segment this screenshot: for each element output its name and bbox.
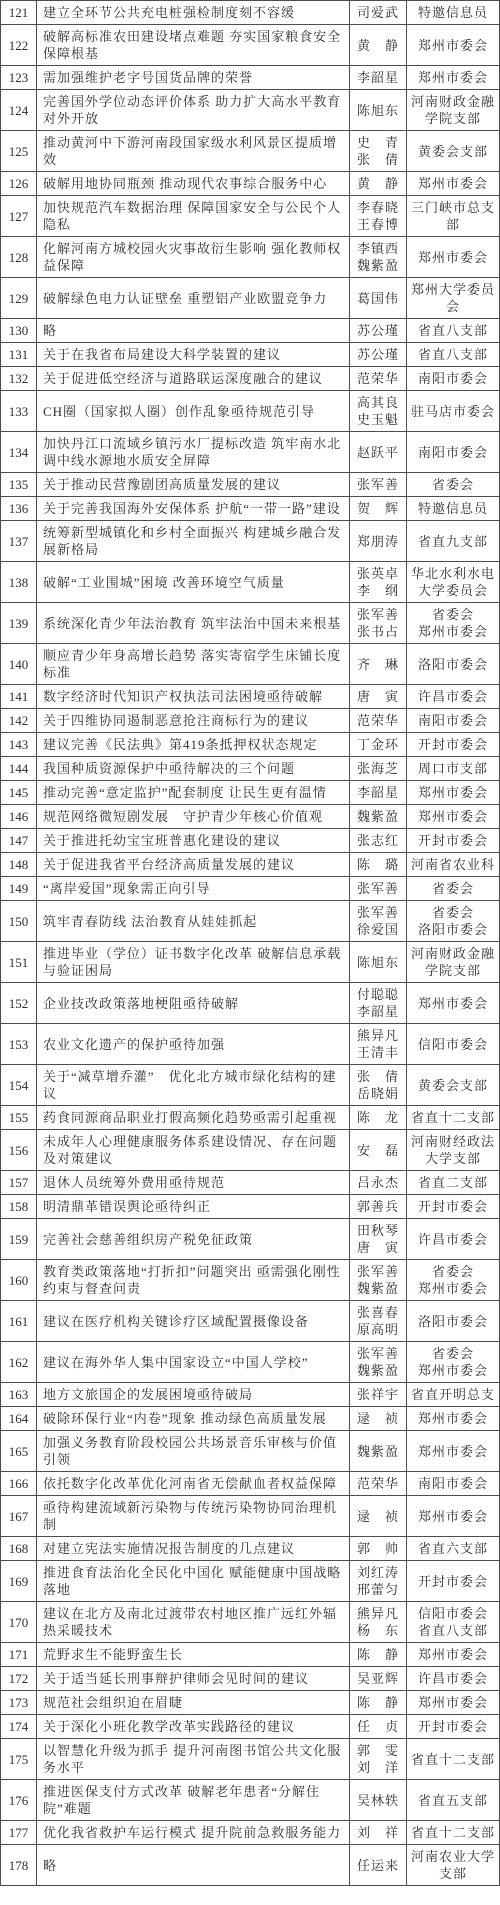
organization: 省直开明总支 [407, 1383, 500, 1407]
proposer-name: 魏紫盈 [350, 805, 407, 829]
row-number: 166 [1, 1472, 37, 1496]
table-row: 177 优化我省救护车运行模式 提升院前急救服务能力 刘 祥 省直十二支部 [1, 1821, 500, 1845]
table-row: 126 破解用地协同瓶颈 推动现代农事综合服务中心 黄 静 郑州市委会 [1, 172, 500, 196]
proposer-name: 陈旭东 [350, 942, 407, 983]
table-row: 163 地方文旅国企的发展困境亟待破局 张祥宇 省直开明总支 [1, 1383, 500, 1407]
table-row: 176 推进医保支付方式改革 破解老年患者“分解住院”难题 吴林轶 省直五支部 [1, 1780, 500, 1821]
organization: 开封市委会 [407, 733, 500, 757]
row-number: 167 [1, 1496, 37, 1537]
organization: 周口市支部 [407, 757, 500, 781]
row-number: 151 [1, 942, 37, 983]
organization: 特邀信息员 [407, 497, 500, 521]
table-row: 121 建立全环节公共充电桩强检制度刻不容缓 司爱武 特邀信息员 [1, 1, 500, 25]
proposal-table: 121 建立全环节公共充电桩强检制度刻不容缓 司爱武 特邀信息员 122 破解高… [0, 0, 500, 1886]
table-row: 140 顺应青少年身高增长趋势 落实寄宿学生床铺长度标准 齐 琳 洛阳市委会 [1, 644, 500, 685]
row-number: 149 [1, 877, 37, 901]
organization: 省直十二支部 [407, 1821, 500, 1845]
proposal-title: 地方文旅国企的发展困境亟待破局 [37, 1383, 350, 1407]
row-number: 161 [1, 1301, 37, 1342]
proposer-name: 张英卓 李 纲 [350, 562, 407, 603]
table-row: 129 破解绿色电力认证壁垒 重塑铝产业欧盟竞争力 葛国伟 郑州大学委员会 [1, 278, 500, 319]
organization: 信阳市委会 [407, 1024, 500, 1065]
proposal-title: 关于四维协同遏制恶意抢注商标行为的建议 [37, 709, 350, 733]
proposer-name: 李韶星 [350, 66, 407, 90]
organization: 洛阳市委会 [407, 1301, 500, 1342]
proposer-name: 张军善 张书占 [350, 603, 407, 644]
organization: 郑州市委会 [407, 25, 500, 66]
proposal-title: 加快规范汽车数据治理 保障国家安全与公民个人隐私 [37, 196, 350, 237]
proposal-title: 推进食育法治化全民化中国化 赋能健康中国战略落地 [37, 1561, 350, 1602]
row-number: 152 [1, 983, 37, 1024]
proposal-title: 推进毕业（学位）证书数字化改革 破解信息承载与验证困局 [37, 942, 350, 983]
organization: 省直十二支部 [407, 1739, 500, 1780]
row-number: 142 [1, 709, 37, 733]
proposal-title: 建议在医疗机构关键诊疗区域配置摄像设备 [37, 1301, 350, 1342]
table-row: 162 建议在海外华人集中国家设立“中国人学校” 张军善 魏紫盈 省委会 郑州市… [1, 1342, 500, 1383]
proposal-title: 以智慧化升级为抓手 提升河南图书馆公共文化服务水平 [37, 1739, 350, 1780]
row-number: 124 [1, 90, 37, 131]
proposer-name: 张喜春 原高明 [350, 1301, 407, 1342]
row-number: 144 [1, 757, 37, 781]
row-number: 133 [1, 391, 37, 432]
organization: 省委会 郑州市委会 [407, 1342, 500, 1383]
table-row: 135 关于推动民营豫剧团高质量发展的建议 张军善 省委会 [1, 473, 500, 497]
organization: 省委会 [407, 473, 500, 497]
proposal-title: 需加强维护老字号国货品牌的荣誉 [37, 66, 350, 90]
row-number: 157 [1, 1171, 37, 1195]
row-number: 155 [1, 1106, 37, 1130]
row-number: 178 [1, 1845, 37, 1886]
row-number: 154 [1, 1065, 37, 1106]
proposal-title: 破解高标准农田建设堵点难题 夯实国家粮食安全保障根基 [37, 25, 350, 66]
table-row: 168 对建立宪法实施情况报告制度的几点建议 郭 帅 省直六支部 [1, 1537, 500, 1561]
proposal-title: 关于促进我省平台经济高质量发展的建议 [37, 853, 350, 877]
proposal-title: CH圈（国家拟人圈）创作乱象亟待规范引导 [37, 391, 350, 432]
row-number: 159 [1, 1219, 37, 1260]
proposal-title: 规范社会组织迫在眉睫 [37, 1691, 350, 1715]
row-number: 168 [1, 1537, 37, 1561]
organization: 河南农业大学支部 [407, 1845, 500, 1886]
proposal-title: 破解用地协同瓶颈 推动现代农事综合服务中心 [37, 172, 350, 196]
row-number: 153 [1, 1024, 37, 1065]
proposal-title: 农业文化遗产的保护亟待加强 [37, 1024, 350, 1065]
organization: 郑州大学委员会 [407, 278, 500, 319]
proposal-title: 略 [37, 1845, 350, 1886]
proposal-title: 破解绿色电力认证壁垒 重塑铝产业欧盟竞争力 [37, 278, 350, 319]
proposer-name: 熊异凡 杨 东 [350, 1602, 407, 1643]
proposal-title: “离岸爱国”现象需正向引导 [37, 877, 350, 901]
proposal-title: 企业技改政策落地梗阻亟待破解 [37, 983, 350, 1024]
organization: 南阳市委会 [407, 709, 500, 733]
proposal-title: 推动黄河中下游河南段国家级水利风景区提质增效 [37, 131, 350, 172]
proposal-title: 关于推进托幼宝宝班普惠化建设的建议 [37, 829, 350, 853]
row-number: 130 [1, 319, 37, 343]
row-number: 174 [1, 1715, 37, 1739]
organization: 省直六支部 [407, 1537, 500, 1561]
table-row: 144 我国种质资源保护中亟待解决的三个问题 张海芝 周口市支部 [1, 757, 500, 781]
proposer-name: 张军善 [350, 877, 407, 901]
table-row: 138 破解“工业围城”困境 改善环境空气质量 张英卓 李 纲 华北水利水电大学… [1, 562, 500, 603]
proposer-name: 逯 祯 [350, 1407, 407, 1431]
proposal-title: 统筹新型城镇化和乡村全面振兴 构建城乡融合发展新格局 [37, 521, 350, 562]
row-number: 127 [1, 196, 37, 237]
proposer-name: 李韶星 [350, 781, 407, 805]
proposer-name: 苏公瑾 [350, 343, 407, 367]
proposer-name: 张军善 魏紫盈 [350, 1342, 407, 1383]
table-row: 165 加强义务教育阶段校园公共场景音乐审核与价值引领 魏紫盈 郑州市委会 [1, 1431, 500, 1472]
proposer-name: 陈 龙 [350, 1106, 407, 1130]
row-number: 172 [1, 1667, 37, 1691]
organization: 省委会 郑州市委会 [407, 1260, 500, 1301]
proposer-name: 张志红 [350, 829, 407, 853]
row-number: 137 [1, 521, 37, 562]
row-number: 147 [1, 829, 37, 853]
table-row: 155 药食同源商品职业打假高频化趋势亟需引起重视 陈 龙 省直十二支部 [1, 1106, 500, 1130]
proposer-name: 史 青 张 倩 [350, 131, 407, 172]
organization: 南阳市委会 [407, 1472, 500, 1496]
organization: 省直八支部 [407, 319, 500, 343]
proposer-name: 安 磊 [350, 1130, 407, 1171]
table-row: 125 推动黄河中下游河南段国家级水利风景区提质增效 史 青 张 倩 黄委会支部 [1, 131, 500, 172]
proposal-title: 关于促进低空经济与道路联运深度融合的建议 [37, 367, 350, 391]
row-number: 162 [1, 1342, 37, 1383]
row-number: 136 [1, 497, 37, 521]
organization: 省委会 洛阳市委会 [407, 901, 500, 942]
table-row: 173 规范社会组织迫在眉睫 陈 静 郑州市委会 [1, 1691, 500, 1715]
organization: 河南省农业科 [407, 853, 500, 877]
organization: 开封市委会 [407, 1715, 500, 1739]
organization: 许昌市委会 [407, 685, 500, 709]
proposal-title: 加快丹江口流域乡镇污水厂提标改造 筑牢南水北调中线水源地水质安全屏障 [37, 432, 350, 473]
proposer-name: 郭 雯 刘 洋 [350, 1739, 407, 1780]
proposer-name: 陈旭东 [350, 90, 407, 131]
table-row: 131 关于在我省布局建设大科学装置的建议 苏公瑾 省直八支部 [1, 343, 500, 367]
organization: 特邀信息员 [407, 1, 500, 25]
proposer-name: 范荣华 [350, 709, 407, 733]
organization: 信阳市委会 省直八支部 [407, 1602, 500, 1643]
table-row: 157 退休人员统筹外费用亟待规范 吕永杰 省直二支部 [1, 1171, 500, 1195]
row-number: 164 [1, 1407, 37, 1431]
proposer-name: 刘 祥 [350, 1821, 407, 1845]
proposer-name: 司爱武 [350, 1, 407, 25]
row-number: 171 [1, 1643, 37, 1667]
table-row: 130 略 苏公瑾 省直八支部 [1, 319, 500, 343]
organization: 郑州市委会 [407, 66, 500, 90]
row-number: 177 [1, 1821, 37, 1845]
proposal-title: 关于“减草增乔灌” 优化北方城市绿化结构的建议 [37, 1065, 350, 1106]
proposer-name: 黄 静 [350, 25, 407, 66]
proposal-title: 完善社会慈善组织房产税免征政策 [37, 1219, 350, 1260]
row-number: 132 [1, 367, 37, 391]
organization: 郑州市委会 [407, 1407, 500, 1431]
proposer-name: 郭 帅 [350, 1537, 407, 1561]
proposer-name: 葛国伟 [350, 278, 407, 319]
row-number: 141 [1, 685, 37, 709]
organization: 郑州市委会 [407, 237, 500, 278]
table-row: 128 化解河南方城校园火灾事故衍生影响 强化教师权益保障 李镇西 魏紫盈 郑州… [1, 237, 500, 278]
table-row: 154 关于“减草增乔灌” 优化北方城市绿化结构的建议 张 倩 岳晓娟 黄委会支… [1, 1065, 500, 1106]
proposer-name: 郭善兵 [350, 1195, 407, 1219]
table-row: 148 关于促进我省平台经济高质量发展的建议 陈 璐 河南省农业科 [1, 853, 500, 877]
organization: 华北水利水电大学委员会 [407, 562, 500, 603]
proposal-title: 依托数字化改革优化河南省无偿献血者权益保障 [37, 1472, 350, 1496]
proposer-name: 田秋琴 唐 寅 [350, 1219, 407, 1260]
organization: 郑州市委会 [407, 1643, 500, 1667]
proposer-name: 吕永杰 [350, 1171, 407, 1195]
proposal-title: 建立全环节公共充电桩强检制度刻不容缓 [37, 1, 350, 25]
proposal-title: 未成年人心理健康服务体系建设情况、存在问题及对策建议 [37, 1130, 350, 1171]
row-number: 160 [1, 1260, 37, 1301]
proposer-name: 李镇西 魏紫盈 [350, 237, 407, 278]
organization: 河南财政金融学院支部 [407, 942, 500, 983]
proposer-name: 魏紫盈 [350, 1431, 407, 1472]
organization: 驻马店市委会 [407, 391, 500, 432]
proposal-title: 数字经济时代知识产权执法司法困境亟待破解 [37, 685, 350, 709]
table-row: 139 系统深化青少年法治教育 筑牢法治中国未来根基 张军善 张书占 省委会 郑… [1, 603, 500, 644]
table-row: 161 建议在医疗机构关键诊疗区域配置摄像设备 张喜春 原高明 洛阳市委会 [1, 1301, 500, 1342]
table-row: 153 农业文化遗产的保护亟待加强 熊异凡 王清丰 信阳市委会 [1, 1024, 500, 1065]
table-row: 124 完善国外学位动态评价体系 助力扩大高水平教育对外开放 陈旭东 河南财政金… [1, 90, 500, 131]
organization: 开封市委会 [407, 1195, 500, 1219]
table-row: 141 数字经济时代知识产权执法司法困境亟待破解 唐 寅 许昌市委会 [1, 685, 500, 709]
table-row: 133 CH圈（国家拟人圈）创作乱象亟待规范引导 高其良 史玉魁 驻马店市委会 [1, 391, 500, 432]
organization: 许昌市委会 [407, 1667, 500, 1691]
proposer-name: 张祥宇 [350, 1383, 407, 1407]
organization: 开封市委会 [407, 1561, 500, 1602]
table-row: 127 加快规范汽车数据治理 保障国家安全与公民个人隐私 李春晓 王春博 三门峡… [1, 196, 500, 237]
row-number: 143 [1, 733, 37, 757]
proposal-title: 关于推动民营豫剧团高质量发展的建议 [37, 473, 350, 497]
proposer-name: 唐 寅 [350, 685, 407, 709]
proposal-title: 退休人员统筹外费用亟待规范 [37, 1171, 350, 1195]
row-number: 128 [1, 237, 37, 278]
proposer-name: 齐 琳 [350, 644, 407, 685]
proposer-name: 逯 祯 [350, 1496, 407, 1537]
table-row: 123 需加强维护老字号国货品牌的荣誉 李韶星 郑州市委会 [1, 66, 500, 90]
proposal-title: 略 [37, 319, 350, 343]
proposer-name: 李春晓 王春博 [350, 196, 407, 237]
table-row: 147 关于推进托幼宝宝班普惠化建设的建议 张志红 开封市委会 [1, 829, 500, 853]
table-row: 137 统筹新型城镇化和乡村全面振兴 构建城乡融合发展新格局 郑朋涛 省直九支部 [1, 521, 500, 562]
row-number: 134 [1, 432, 37, 473]
row-number: 158 [1, 1195, 37, 1219]
row-number: 122 [1, 25, 37, 66]
proposer-name: 任 贞 [350, 1715, 407, 1739]
proposal-title: 对建立宪法实施情况报告制度的几点建议 [37, 1537, 350, 1561]
row-number: 138 [1, 562, 37, 603]
organization: 省直九支部 [407, 521, 500, 562]
proposal-title: 筑牢青春防线 法治教育从娃娃抓起 [37, 901, 350, 942]
proposer-name: 陈 静 [350, 1643, 407, 1667]
table-row: 175 以智慧化升级为抓手 提升河南图书馆公共文化服务水平 郭 雯 刘 洋 省直… [1, 1739, 500, 1780]
organization: 郑州市委会 [407, 1431, 500, 1472]
proposer-name: 范荣华 [350, 1472, 407, 1496]
row-number: 126 [1, 172, 37, 196]
row-number: 125 [1, 131, 37, 172]
row-number: 148 [1, 853, 37, 877]
table-row: 149 “离岸爱国”现象需正向引导 张军善 省委会 [1, 877, 500, 901]
organization: 许昌市委会 [407, 1219, 500, 1260]
proposer-name: 张海芝 [350, 757, 407, 781]
organization: 南阳市委会 [407, 367, 500, 391]
table-row: 134 加快丹江口流域乡镇污水厂提标改造 筑牢南水北调中线水源地水质安全屏障 赵… [1, 432, 500, 473]
organization: 郑州市委会 [407, 805, 500, 829]
row-number: 156 [1, 1130, 37, 1171]
proposer-name: 刘红涛 邢蕾匀 [350, 1561, 407, 1602]
table-row: 132 关于促进低空经济与道路联运深度融合的建议 范荣华 南阳市委会 [1, 367, 500, 391]
proposal-title: 推进医保支付方式改革 破解老年患者“分解住院”难题 [37, 1780, 350, 1821]
organization: 省委会 郑州市委会 [407, 603, 500, 644]
proposal-title: 关于在我省布局建设大科学装置的建议 [37, 343, 350, 367]
row-number: 169 [1, 1561, 37, 1602]
table-row: 178 略 任运来 河南农业大学支部 [1, 1845, 500, 1886]
row-number: 131 [1, 343, 37, 367]
proposal-title: 关于适当延长刑事辩护律师会见时间的建议 [37, 1667, 350, 1691]
table-row: 169 推进食育法治化全民化中国化 赋能健康中国战略落地 刘红涛 邢蕾匀 开封市… [1, 1561, 500, 1602]
table-row: 150 筑牢青春防线 法治教育从娃娃抓起 张军善 徐爱国 省委会 洛阳市委会 [1, 901, 500, 942]
proposal-title: 优化我省救护车运行模式 提升院前急救服务能力 [37, 1821, 350, 1845]
proposal-table-body: 121 建立全环节公共充电桩强检制度刻不容缓 司爱武 特邀信息员 122 破解高… [1, 1, 500, 1886]
table-row: 146 规范网络微短剧发展 守护青少年核心价值观 魏紫盈 郑州市委会 [1, 805, 500, 829]
table-row: 122 破解高标准农田建设堵点难题 夯实国家粮食安全保障根基 黄 静 郑州市委会 [1, 25, 500, 66]
proposer-name: 范荣华 [350, 367, 407, 391]
organization: 省直二支部 [407, 1171, 500, 1195]
proposer-name: 郑朋涛 [350, 521, 407, 562]
proposal-title: 顺应青少年身高增长趋势 落实寄宿学生床铺长度标准 [37, 644, 350, 685]
organization: 黄委会支部 [407, 131, 500, 172]
table-row: 152 企业技改政策落地梗阻亟待破解 付聪聪 李韶星 郑州市委会 [1, 983, 500, 1024]
organization: 郑州市委会 [407, 1691, 500, 1715]
proposal-title: 破除环保行业“内卷”现象 推动绿色高质量发展 [37, 1407, 350, 1431]
proposal-title: 亟待构建流域新污染物与传统污染物协同治理机制 [37, 1496, 350, 1537]
organization: 开封市委会 [407, 829, 500, 853]
organization: 省直十二支部 [407, 1106, 500, 1130]
proposal-title: 完善国外学位动态评价体系 助力扩大高水平教育对外开放 [37, 90, 350, 131]
table-row: 136 关于完善我国海外安保体系 护航“一带一路”建设 贺 辉 特邀信息员 [1, 497, 500, 521]
proposal-title: 关于完善我国海外安保体系 护航“一带一路”建设 [37, 497, 350, 521]
proposer-name: 张军善 徐爱国 [350, 901, 407, 942]
proposer-name: 吴亚辉 [350, 1667, 407, 1691]
table-row: 145 推动完善“意定监护”配套制度 让民生更有温情 李韶星 郑州市委会 [1, 781, 500, 805]
organization: 郑州市委会 [407, 983, 500, 1024]
row-number: 175 [1, 1739, 37, 1780]
row-number: 150 [1, 901, 37, 942]
row-number: 145 [1, 781, 37, 805]
proposer-name: 熊异凡 王清丰 [350, 1024, 407, 1065]
table-row: 159 完善社会慈善组织房产税免征政策 田秋琴 唐 寅 许昌市委会 [1, 1219, 500, 1260]
proposal-title: 关于深化小班化教学改革实践路径的建议 [37, 1715, 350, 1739]
organization: 省委会 [407, 877, 500, 901]
proposer-name: 丁金环 [350, 733, 407, 757]
proposal-title: 规范网络微短剧发展 守护青少年核心价值观 [37, 805, 350, 829]
proposer-name: 陈 璐 [350, 853, 407, 877]
organization: 郑州市委会 [407, 1496, 500, 1537]
proposer-name: 任运来 [350, 1845, 407, 1886]
row-number: 139 [1, 603, 37, 644]
proposal-title: 建议完善《民法典》第419条抵押权状态规定 [37, 733, 350, 757]
table-row: 174 关于深化小班化教学改革实践路径的建议 任 贞 开封市委会 [1, 1715, 500, 1739]
row-number: 163 [1, 1383, 37, 1407]
proposer-name: 张军善 魏紫盈 [350, 1260, 407, 1301]
row-number: 176 [1, 1780, 37, 1821]
table-row: 171 荒野求生不能野蛮生长 陈 静 郑州市委会 [1, 1643, 500, 1667]
table-row: 170 建议在北方及南北过渡带农村地区推广远红外辐热采暖技术 熊异凡 杨 东 信… [1, 1602, 500, 1643]
organization: 南阳市委会 [407, 432, 500, 473]
row-number: 129 [1, 278, 37, 319]
table-row: 164 破除环保行业“内卷”现象 推动绿色高质量发展 逯 祯 郑州市委会 [1, 1407, 500, 1431]
proposer-name: 苏公瑾 [350, 319, 407, 343]
organization: 省直八支部 [407, 343, 500, 367]
proposer-name: 贺 辉 [350, 497, 407, 521]
proposer-name: 高其良 史玉魁 [350, 391, 407, 432]
table-row: 156 未成年人心理健康服务体系建设情况、存在问题及对策建议 安 磊 河南财经政… [1, 1130, 500, 1171]
organization: 郑州市委会 [407, 172, 500, 196]
table-row: 160 教育类政策落地“打折扣”问题突出 亟需强化刚性约束与督查问责 张军善 魏… [1, 1260, 500, 1301]
table-row: 167 亟待构建流域新污染物与传统污染物协同治理机制 逯 祯 郑州市委会 [1, 1496, 500, 1537]
proposal-title: 破解“工业围城”困境 改善环境空气质量 [37, 562, 350, 603]
proposer-name: 张军善 [350, 473, 407, 497]
row-number: 123 [1, 66, 37, 90]
organization: 洛阳市委会 [407, 644, 500, 685]
proposal-title: 推动完善“意定监护”配套制度 让民生更有温情 [37, 781, 350, 805]
row-number: 146 [1, 805, 37, 829]
proposal-title: 我国种质资源保护中亟待解决的三个问题 [37, 757, 350, 781]
proposal-title: 药食同源商品职业打假高频化趋势亟需引起重视 [37, 1106, 350, 1130]
proposal-title: 明清鼎革错误舆论亟待纠正 [37, 1195, 350, 1219]
table-row: 158 明清鼎革错误舆论亟待纠正 郭善兵 开封市委会 [1, 1195, 500, 1219]
organization: 河南财政金融学院支部 [407, 90, 500, 131]
proposal-title: 加强义务教育阶段校园公共场景音乐审核与价值引领 [37, 1431, 350, 1472]
row-number: 121 [1, 1, 37, 25]
table-row: 151 推进毕业（学位）证书数字化改革 破解信息承载与验证困局 陈旭东 河南财政… [1, 942, 500, 983]
row-number: 173 [1, 1691, 37, 1715]
proposer-name: 赵跃平 [350, 432, 407, 473]
table-row: 142 关于四维协同遏制恶意抢注商标行为的建议 范荣华 南阳市委会 [1, 709, 500, 733]
table-row: 172 关于适当延长刑事辩护律师会见时间的建议 吴亚辉 许昌市委会 [1, 1667, 500, 1691]
proposal-title: 荒野求生不能野蛮生长 [37, 1643, 350, 1667]
proposal-title: 化解河南方城校园火灾事故衍生影响 强化教师权益保障 [37, 237, 350, 278]
organization: 黄委会支部 [407, 1065, 500, 1106]
proposer-name: 付聪聪 李韶星 [350, 983, 407, 1024]
proposer-name: 张 倩 岳晓娟 [350, 1065, 407, 1106]
proposer-name: 吴林轶 [350, 1780, 407, 1821]
proposal-title: 建议在北方及南北过渡带农村地区推广远红外辐热采暖技术 [37, 1602, 350, 1643]
proposal-title: 系统深化青少年法治教育 筑牢法治中国未来根基 [37, 603, 350, 644]
organization: 河南财经政法大学支部 [407, 1130, 500, 1171]
organization: 郑州市委会 [407, 781, 500, 805]
proposal-title: 教育类政策落地“打折扣”问题突出 亟需强化刚性约束与督查问责 [37, 1260, 350, 1301]
row-number: 165 [1, 1431, 37, 1472]
proposal-title: 建议在海外华人集中国家设立“中国人学校” [37, 1342, 350, 1383]
row-number: 140 [1, 644, 37, 685]
proposer-name: 黄 静 [350, 172, 407, 196]
row-number: 135 [1, 473, 37, 497]
proposer-name: 陈 静 [350, 1691, 407, 1715]
row-number: 170 [1, 1602, 37, 1643]
table-row: 166 依托数字化改革优化河南省无偿献血者权益保障 范荣华 南阳市委会 [1, 1472, 500, 1496]
table-row: 143 建议完善《民法典》第419条抵押权状态规定 丁金环 开封市委会 [1, 733, 500, 757]
organization: 三门峡市总支部 [407, 196, 500, 237]
organization: 省直五支部 [407, 1780, 500, 1821]
